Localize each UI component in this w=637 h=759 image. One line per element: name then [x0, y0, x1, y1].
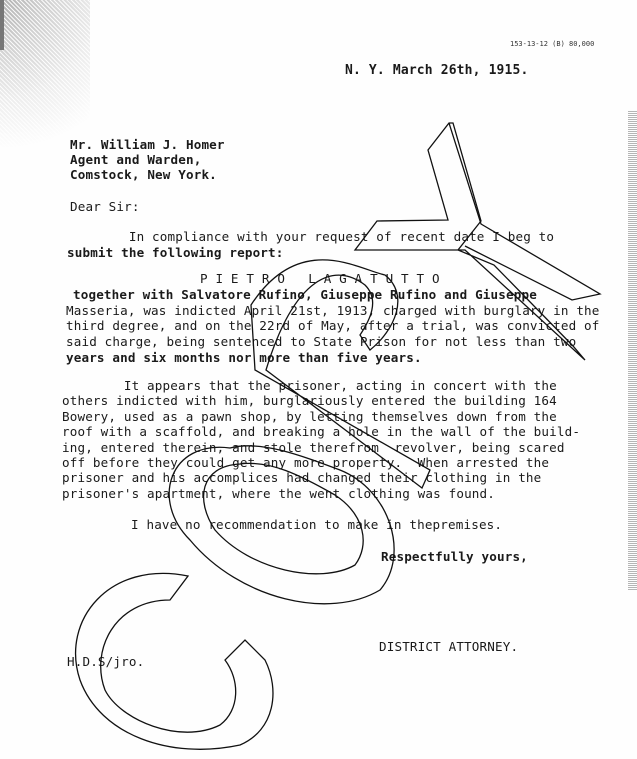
intro-line-2: submit the following report:: [67, 245, 284, 261]
para2-line-6: off before they could get any more prope…: [62, 455, 549, 471]
subject-name: P I E T R O L A G A T U T T O: [200, 271, 440, 287]
para1-line-5: years and six months nor more than five …: [66, 350, 422, 366]
form-number: 153-13-12 (B) 80,000: [510, 40, 594, 48]
addressee-line-1: Mr. William J. Homer: [70, 137, 225, 153]
initials: H.D.S/jro.: [67, 654, 144, 670]
signature-title: DISTRICT ATTORNEY.: [379, 639, 518, 655]
para2-line-4: roof with a scaffold, and breaking a hol…: [62, 424, 580, 440]
para2-line-3: Bowery, used as a pawn shop, by letting …: [62, 409, 557, 425]
closing: Respectfully yours,: [381, 549, 528, 565]
scan-edge-right: [628, 110, 637, 590]
para1-line-3: third degree, and on the 22rd of May, af…: [66, 318, 600, 334]
recommendation: I have no recommendation to make in thep…: [131, 517, 502, 533]
para1-line-1: together with Salvatore Rufino, Giuseppe…: [73, 287, 537, 303]
para2-line-7: prisoner and his accomplices had changed…: [62, 470, 541, 486]
date-line: N. Y. March 26th, 1915.: [345, 63, 528, 79]
para2-line-2: others indicted with him, burglariously …: [62, 393, 557, 409]
para2-line-8: prisoner's apartment, where the went clo…: [62, 486, 495, 502]
addressee-line-3: Comstock, New York.: [70, 167, 217, 183]
salutation: Dear Sir:: [70, 199, 140, 215]
para2-line-1: It appears that the prisoner, acting in …: [62, 378, 557, 394]
para2-line-5: ing, entered therein, and stole therefro…: [62, 440, 565, 456]
intro-line-1: In compliance with your request of recen…: [67, 229, 554, 245]
para1-line-2: Masseria, was indicted April 21st, 1913,…: [66, 303, 600, 319]
scan-edge-left: [0, 0, 4, 50]
para1-line-4: said charge, being sentenced to State Pr…: [66, 334, 576, 350]
addressee-line-2: Agent and Warden,: [70, 152, 201, 168]
letter-page: 153-13-12 (B) 80,000 N. Y. March 26th, 1…: [0, 0, 637, 759]
